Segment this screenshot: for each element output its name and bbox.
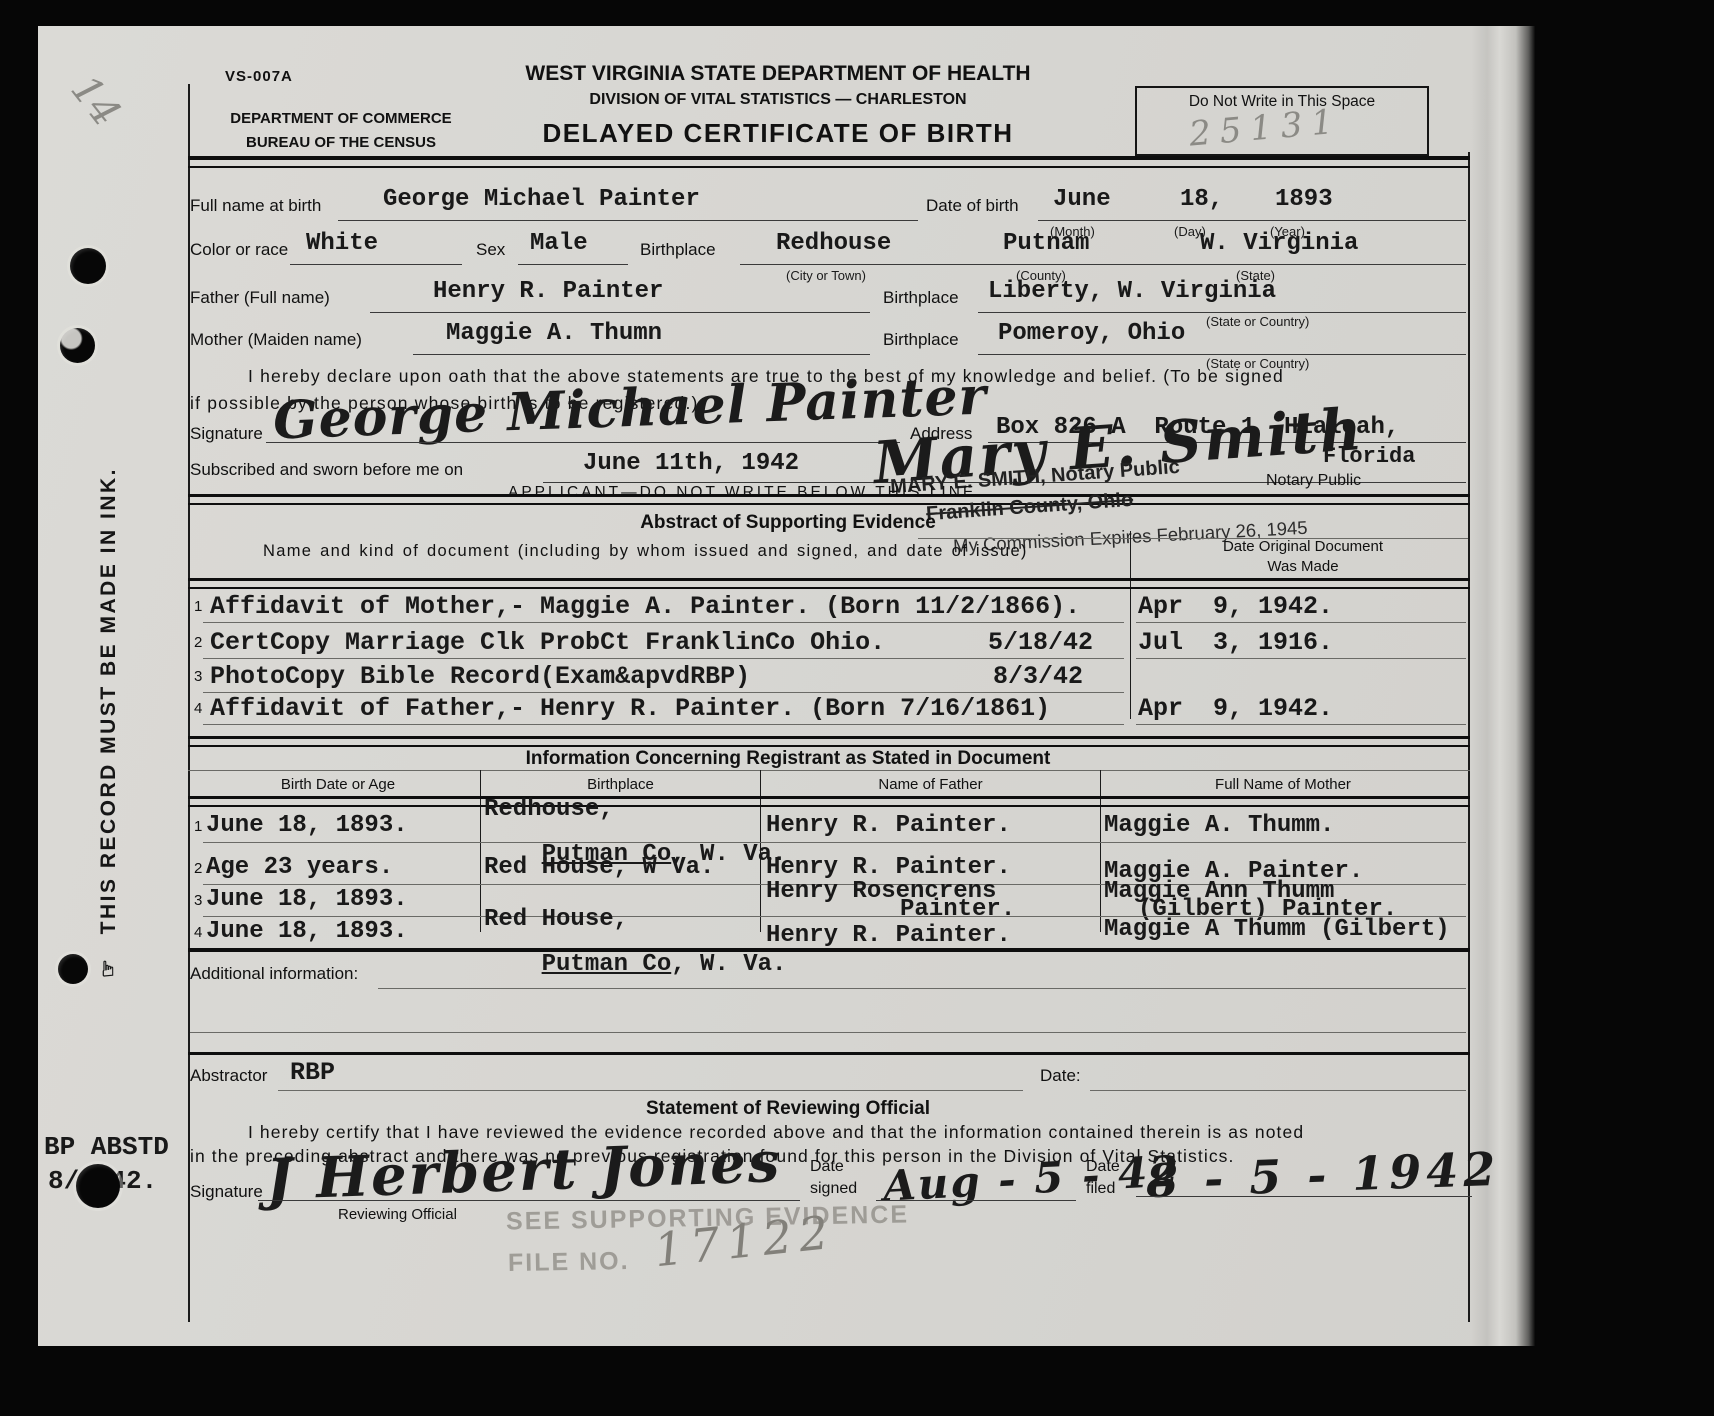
abstract-row-text: Affidavit of Mother,- Maggie A. Painter.… [210, 592, 1080, 621]
abstract-row-date: Jul 3, 1916. [1138, 628, 1333, 657]
abstract-row-line [1136, 724, 1466, 725]
abstract-row-text: CertCopy Marriage Clk ProbCt FranklinCo … [210, 628, 885, 657]
registrant-mother: Maggie A. Thumm. [1104, 812, 1334, 839]
ink-notice-vertical: ☞ THIS RECORD MUST BE MADE IN INK. [96, 467, 121, 978]
father-name: Henry R. Painter [433, 278, 663, 305]
abstracted-note-line1: BP ABSTD [44, 1132, 169, 1162]
registrant-father: Henry R. Painter. [766, 812, 1011, 839]
registrant-birth: June 18, 1893. [206, 918, 408, 945]
birthplace-state: W. Virginia [1200, 230, 1358, 257]
ink-notice-text: THIS RECORD MUST BE MADE IN INK. [97, 467, 120, 934]
abstract-bottom-rule [188, 736, 1470, 747]
abstract-row-text: Affidavit of Father,- Henry R. Painter. … [210, 694, 1050, 723]
mother-birthplace: Pomeroy, Ohio [998, 320, 1185, 347]
abstract-col2-header-line1: Date Original Document [1138, 538, 1468, 555]
registrant-father: Henry R. Painter. [766, 854, 1011, 881]
notary-printed-label: Notary Public [1266, 472, 1361, 490]
punch-hole [76, 1164, 120, 1208]
punch-hole [70, 248, 106, 284]
supporting-evidence-stamp-line2: FILE NO. [508, 1247, 630, 1278]
registrant-place-underlined: Putman Co [542, 951, 672, 978]
abstract-row-number: 1 [194, 598, 202, 615]
abstract-row-line [1136, 658, 1466, 659]
do-not-write-box: Do Not Write in This Space 25131 [1135, 86, 1429, 156]
certificate-title: DELAYED CERTIFICATE OF BIRTH [458, 118, 1098, 149]
date-filed-underline [1136, 1196, 1472, 1197]
abstract-column-divider [1130, 531, 1131, 719]
registrant-col4-header: Full Name of Mother [1103, 776, 1463, 793]
registrant-col2-header: Birthplace [483, 776, 758, 793]
section-rule [188, 494, 1470, 505]
abstract-row-line [203, 724, 1124, 725]
registrant-column-divider [1100, 770, 1101, 932]
father-birthplace-label: Birthplace [883, 288, 959, 308]
abstract-row-number: 2 [194, 634, 202, 651]
date-signed-label-bottom: signed [810, 1180, 857, 1198]
review-signature-underline [258, 1200, 800, 1201]
additional-info-line [190, 1032, 1466, 1033]
dob-day: 18, [1180, 186, 1223, 213]
pointing-hand-icon: ☞ [97, 957, 120, 978]
abstractor-date-label: Date: [1040, 1066, 1081, 1086]
dept-line2: DIVISION OF VITAL STATISTICS — CHARLESTO… [458, 91, 1098, 109]
sex-value: Male [530, 230, 588, 257]
field-underline [978, 354, 1466, 355]
abstractor-value: RBP [290, 1058, 335, 1087]
reviewing-official-label: Reviewing Official [338, 1206, 457, 1223]
sworn-label: Subscribed and sworn before me on [190, 460, 463, 480]
commerce-line1: DEPARTMENT OF COMMERCE [196, 110, 486, 127]
birthplace-city: Redhouse [776, 230, 891, 257]
abstractor-date-line [1090, 1090, 1466, 1091]
registrant-row-number: 2 [194, 860, 202, 877]
registrant-place-line2: Putman Co, W. Va. [484, 924, 786, 1005]
additional-info-line [378, 988, 1466, 989]
dob-year: 1893 [1275, 186, 1333, 213]
field-underline [370, 312, 870, 313]
abstract-row-date: Apr 9, 1942. [1138, 694, 1333, 723]
mother-name: Maggie A. Thumn [446, 320, 662, 347]
birthplace-county: Putnam [1003, 230, 1089, 257]
abstract-row-line [203, 692, 1124, 693]
mother-birthplace-label: Birthplace [883, 330, 959, 350]
birthplace-city-caption: (City or Town) [786, 268, 866, 283]
mother-label: Mother (Maiden name) [190, 330, 362, 350]
field-underline [740, 264, 1466, 265]
abstract-row-extra: 8/3/42 [993, 662, 1083, 691]
pencil-mark: 14 [62, 67, 130, 135]
dept-line1: WEST VIRGINIA STATE DEPARTMENT OF HEALTH [458, 62, 1098, 86]
abstract-row-number: 4 [194, 700, 202, 717]
registrant-father: Henry R. Painter. [766, 922, 1011, 949]
registrant-father-line2: Painter. [900, 896, 1015, 923]
abstract-header-rule [188, 578, 1470, 589]
abstract-row-line [203, 658, 1124, 659]
date-signed-label-top: Date [810, 1158, 844, 1176]
registrant-row-number: 1 [194, 818, 202, 835]
registrant-col1-header: Birth Date or Age [198, 776, 478, 793]
abstract-row-text: PhotoCopy Bible Record(Exam&apvdRBP) [210, 662, 750, 691]
additional-bottom-rule [188, 1052, 1470, 1055]
registrant-header-rule [188, 796, 1470, 807]
field-underline [290, 264, 462, 265]
date-filed-value: 8 - 5 - 1942 [1145, 1142, 1501, 1208]
field-underline [338, 220, 918, 221]
abstractor-line [278, 1090, 1023, 1091]
abstract-col1-header: Name and kind of document (including by … [263, 542, 1028, 561]
date-filed-label-top: Date [1086, 1158, 1120, 1176]
full-name-value: George Michael Painter [383, 186, 700, 213]
registrant-col3-header: Name of Father [763, 776, 1098, 793]
review-title: Statement of Reviewing Official [518, 1098, 1058, 1120]
form-left-border [188, 84, 190, 1322]
registrant-row-number: 4 [194, 924, 202, 941]
field-underline [518, 264, 628, 265]
signature-underline [266, 442, 900, 443]
abstract-row-date: Apr 9, 1942. [1138, 592, 1333, 621]
abstract-row-extra: 5/18/42 [988, 628, 1093, 657]
full-name-label: Full name at birth [190, 196, 321, 216]
father-birthplace: Liberty, W. Virginia [988, 278, 1276, 305]
birthplace-label: Birthplace [640, 240, 716, 260]
abstract-row-number: 3 [194, 668, 202, 685]
review-signature-label: Signature [190, 1182, 263, 1202]
abstract-col2-header-line2: Was Made [1138, 558, 1468, 575]
field-underline [1038, 220, 1466, 221]
father-label: Father (Full name) [190, 288, 330, 308]
certificate-sheet: 14 ☞ THIS RECORD MUST BE MADE IN INK. BP… [38, 26, 1535, 1346]
date-filed-label-bottom: filed [1086, 1180, 1115, 1198]
registrant-place-rest: , W. Va. [671, 951, 786, 978]
registrant-bottom-rule [188, 948, 1470, 952]
registrant-title: Information Concerning Registrant as Sta… [408, 748, 1168, 770]
registrant-column-divider [480, 770, 481, 932]
additional-info-label: Additional information: [190, 964, 358, 984]
race-label: Color or race [190, 240, 288, 260]
registrant-birth: Age 23 years. [206, 854, 393, 881]
registrant-place-line1: Red House, W Va. [484, 854, 714, 881]
punch-hole [60, 328, 95, 363]
abstractor-label: Abstractor [190, 1066, 267, 1086]
sex-label: Sex [476, 240, 505, 260]
dob-label: Date of birth [926, 196, 1019, 216]
field-underline [413, 354, 870, 355]
field-underline [978, 312, 1466, 313]
race-value: White [306, 230, 378, 257]
registrant-mother: Maggie A Thumm (Gilbert) [1104, 916, 1450, 943]
sworn-date: June 11th, 1942 [583, 450, 799, 477]
form-number: VS-007A [225, 68, 293, 85]
registrant-row-line [203, 842, 1466, 843]
registrant-birth: June 18, 1893. [206, 812, 408, 839]
dob-month: June [1053, 186, 1111, 213]
registrant-birth: June 18, 1893. [206, 886, 408, 913]
punch-hole [58, 954, 88, 984]
registrant-title-line [188, 770, 1470, 771]
father-birthplace-caption: (State or Country) [1206, 314, 1309, 329]
registrant-row-number: 3 [194, 892, 202, 909]
abstract-title: Abstract of Supporting Evidence [438, 512, 1138, 534]
abstract-row-line [203, 622, 1124, 623]
header-rule [188, 156, 1470, 168]
signature-label: Signature [190, 424, 263, 444]
commerce-line2: BUREAU OF THE CENSUS [196, 134, 486, 151]
abstract-row-line [1136, 622, 1466, 623]
